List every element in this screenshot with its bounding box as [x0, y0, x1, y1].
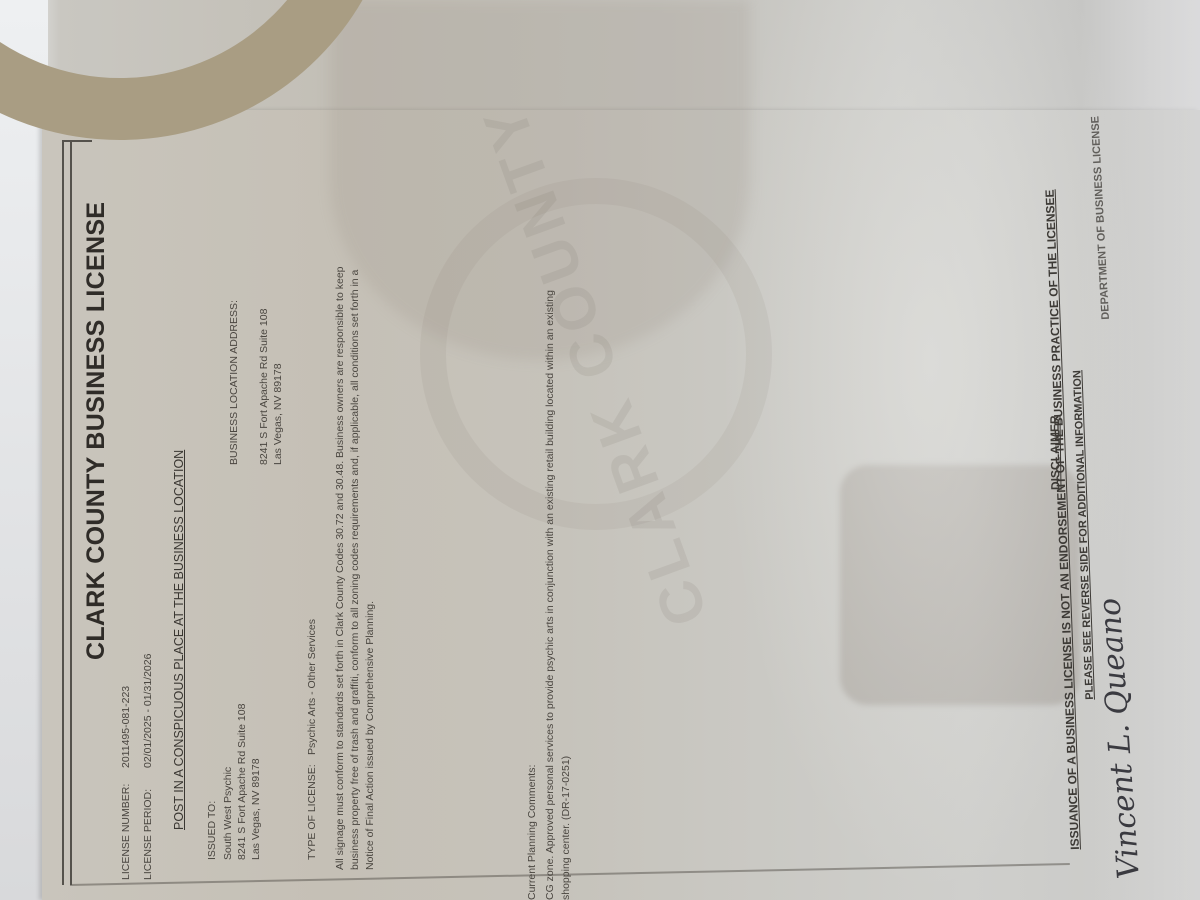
license-content: CLARK COUNTY CLARK COUNTY BUSINESS LICEN…: [0, 0, 1200, 900]
department-name: DEPARTMENT OF BUSINESS LICENSE: [1089, 116, 1112, 320]
issued-to-address: 8241 S Fort Apache Rd Suite 108: [236, 704, 248, 860]
issued-to-city: Las Vegas, NV 89178: [250, 758, 262, 860]
license-period: 02/01/2025 - 01/31/2026: [142, 654, 154, 768]
location-label: BUSINESS LOCATION ADDRESS:: [228, 300, 240, 465]
license-type-label: TYPE OF LICENSE:: [306, 764, 318, 860]
location-city: Las Vegas, NV 89178: [272, 363, 284, 465]
post-notice: POST IN A CONSPICUOUS PLACE AT THE BUSIN…: [172, 450, 186, 830]
license-period-label: LICENSE PERIOD:: [142, 789, 154, 880]
license-type: Psychic Arts - Other Services: [306, 619, 318, 755]
license-number: 2011495-081-223: [120, 686, 132, 768]
signature: Vincent L. Queano: [1092, 597, 1147, 880]
planning-label: Current Planning Comments:: [526, 765, 538, 900]
planning-text-line1: CG zone. Approved personal services to p…: [544, 290, 556, 900]
document-title: CLARK COUNTY BUSINESS LICENSE: [82, 202, 111, 660]
signage-text-line2: business property free of trash and graf…: [349, 270, 361, 870]
issued-to-name: South West Psychic: [222, 767, 234, 860]
planning-text-line2: shopping center. (DR-17-0251): [560, 756, 572, 900]
signage-text-line3: Notice of Final Action issued by Compreh…: [364, 601, 376, 870]
location-address: 8241 S Fort Apache Rd Suite 108: [258, 309, 270, 465]
signage-text-line1: All signage must conform to standards se…: [334, 267, 346, 871]
license-number-label: LICENSE NUMBER:: [120, 784, 132, 880]
issued-to-label: ISSUED TO:: [206, 801, 218, 860]
disclaimer-line2: PLEASE SEE REVERSE SIDE FOR ADDITIONAL I…: [1071, 370, 1096, 700]
